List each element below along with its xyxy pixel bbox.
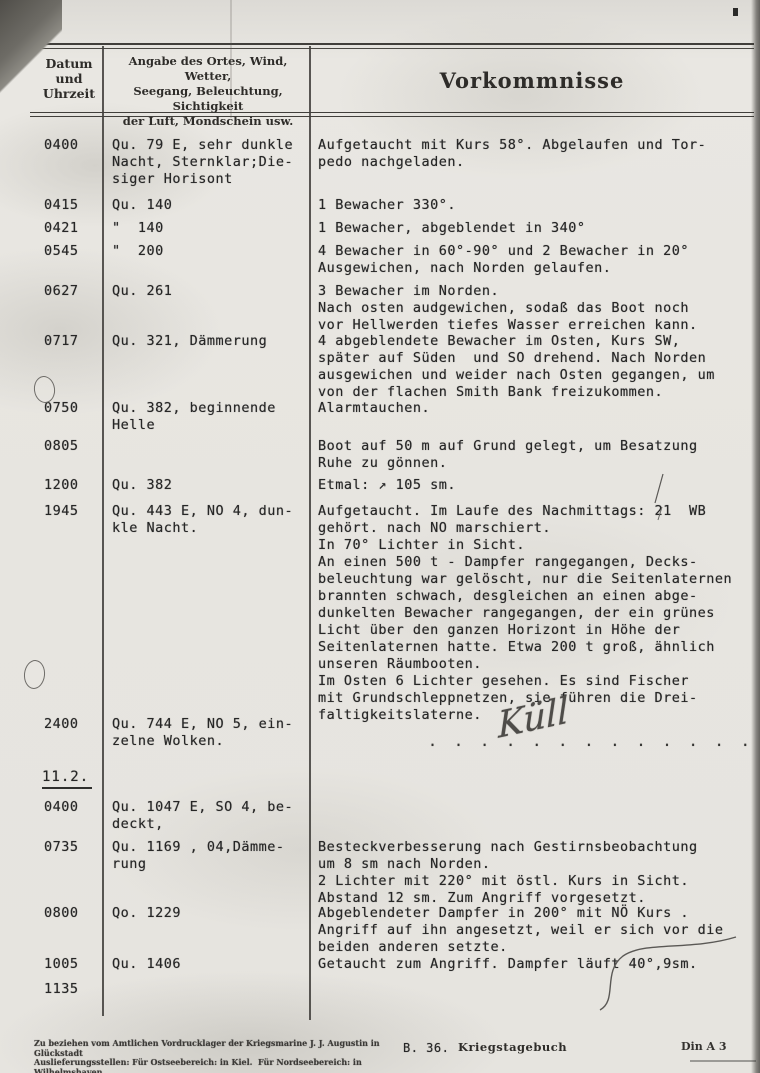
time-cell: 0735 (44, 839, 104, 856)
time-cell: 0805 (44, 438, 104, 455)
bottom-edge-line (690, 1060, 756, 1062)
event-cell: 4 Bewacher in 60°-90° und 2 Bewacher in … (318, 243, 748, 277)
footer-supplier-imprint: Zu beziehen vom Amtlichen Vordrucklager … (34, 1039, 384, 1073)
time-cell: 0750 (44, 400, 104, 417)
event-cell: 1 Bewacher, abgeblendet in 340° (318, 220, 748, 237)
place-cell: " 200 (112, 243, 306, 260)
table-header-events: Vorkommnisse (318, 68, 746, 93)
footer-form-number: B. 36. (403, 1040, 449, 1057)
hole-punch-mark (23, 659, 47, 690)
place-cell: " 140 (112, 220, 306, 237)
top-crease-line (230, 0, 232, 118)
right-edge-shadow (751, 0, 760, 1073)
table-header-conditions: Angabe des Ortes, Wind, Wetter, Seegang,… (108, 54, 308, 129)
time-cell: 2400 (44, 716, 104, 733)
event-cell: Aufgetaucht. Im Laufe des Nachmittags: 2… (318, 503, 748, 724)
corner-fold-artifact (0, 0, 62, 94)
place-cell: Qu. 382, beginnende Helle (112, 400, 306, 434)
event-cell: Alarmtauchen. (318, 400, 748, 417)
place-cell: Qu. 1406 (112, 956, 306, 973)
time-cell: 0627 (44, 283, 104, 300)
date-heading: 11.2. (42, 769, 92, 789)
time-cell: 1945 (44, 503, 104, 520)
time-cell: 0800 (44, 905, 104, 922)
place-cell: Qu. 79 E, sehr dunkle Nacht, Sternklar;D… (112, 137, 306, 188)
time-cell: 1200 (44, 477, 104, 494)
place-cell: Qu. 382 (112, 477, 306, 494)
event-cell: Etmal: ↗ 105 sm. (318, 477, 748, 494)
place-cell: Qo. 1229 (112, 905, 306, 922)
event-cell: 3 Bewacher im Norden. Nach osten audgewi… (318, 283, 748, 334)
time-cell: 0400 (44, 137, 104, 154)
column-divider-2 (309, 46, 311, 1020)
place-cell: Qu. 744 E, NO 5, ein- zelne Wolken. (112, 716, 306, 750)
time-cell: 0717 (44, 333, 104, 350)
signature-dotted-line: . . . . . . . . . . . . . (428, 733, 754, 750)
event-cell: Besteckverbesserung nach Gestirnsbeobach… (318, 839, 748, 907)
event-cell: 4 abgeblendete Bewacher im Osten, Kurs S… (318, 333, 748, 401)
table-top-rule (30, 43, 754, 49)
event-cell: Abgeblendeter Dampfer in 200° mit NÖ Kur… (318, 905, 748, 956)
place-cell: Qu. 321, Dämmerung (112, 333, 306, 350)
event-cell: 1 Bewacher 330°. (318, 197, 748, 214)
kriegstagebuch-page: Datum und Uhrzeit Angabe des Ortes, Wind… (0, 0, 760, 1073)
event-cell: Getaucht zum Angriff. Dampfer läuft 40°,… (318, 956, 748, 973)
ink-speck (733, 8, 738, 16)
footer-form-title: Kriegstagebuch (458, 1040, 567, 1054)
event-cell: Boot auf 50 m auf Grund gelegt, um Besat… (318, 438, 748, 472)
time-cell: 1135 (44, 981, 104, 998)
time-cell: 0400 (44, 799, 104, 816)
time-cell: 1005 (44, 956, 104, 973)
place-cell: Qu. 1047 E, SO 4, be- deckt, (112, 799, 306, 833)
footer-paper-size: Din A 3 (681, 1040, 727, 1053)
column-divider-1 (102, 46, 104, 1016)
time-cell: 0421 (44, 220, 104, 237)
place-cell: Qu. 261 (112, 283, 306, 300)
place-cell: Qu. 140 (112, 197, 306, 214)
event-cell: Aufgetaucht mit Kurs 58°. Abgelaufen und… (318, 137, 748, 171)
time-cell: 0415 (44, 197, 104, 214)
place-cell: Qu. 443 E, NO 4, dun- kle Nacht. (112, 503, 306, 537)
time-cell: 0545 (44, 243, 104, 260)
place-cell: Qu. 1169 , 04,Dämme- rung (112, 839, 306, 873)
